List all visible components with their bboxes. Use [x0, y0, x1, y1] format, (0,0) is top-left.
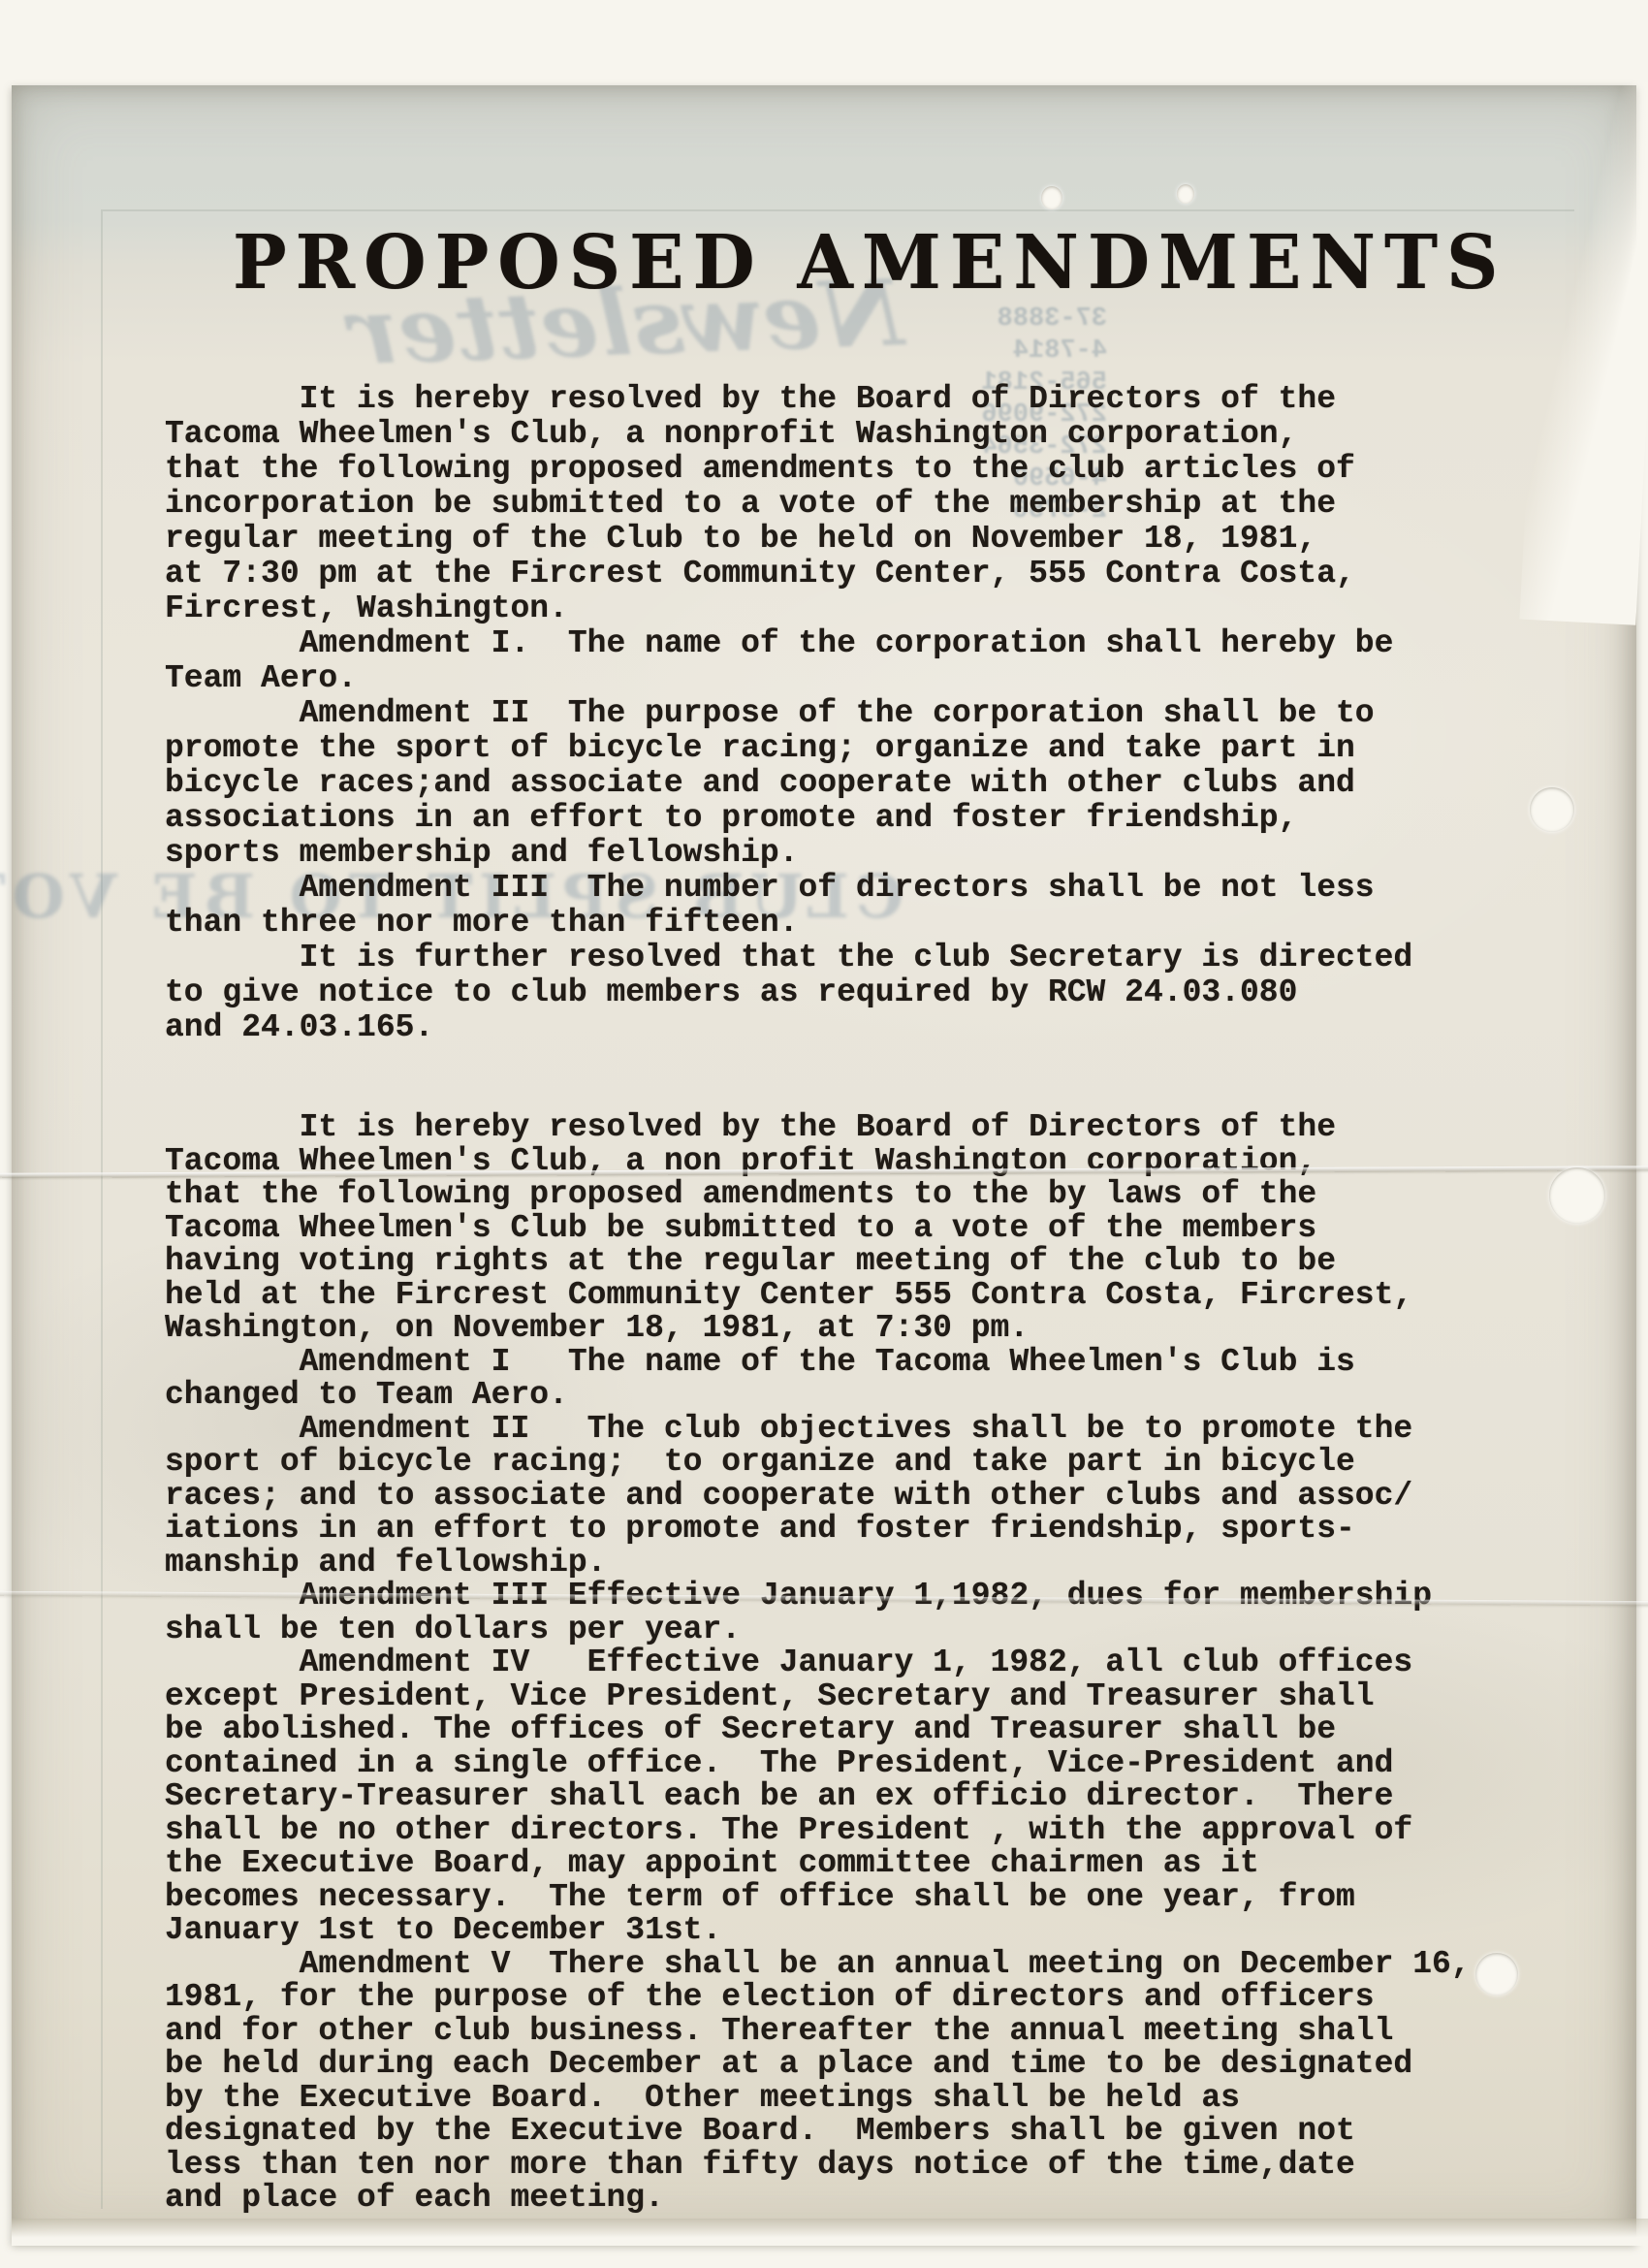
scanned-document: Newsletter 37-38884-7814565-2181272-9096… [0, 0, 1648, 2268]
page-bottom-edge [12, 2219, 1648, 2246]
bleedthrough-border-vertical [101, 211, 103, 2209]
punch-hole-lower [1475, 1953, 1518, 1996]
punch-hole-middle [1549, 1167, 1605, 1224]
page-corner-fold [1519, 77, 1648, 625]
resolution-bylaws: It is hereby resolved by the Board of Di… [165, 1111, 1522, 2216]
staple-hole-top-right [1177, 184, 1194, 204]
resolution-articles-of-incorporation: It is hereby resolved by the Board of Di… [165, 382, 1522, 1045]
page-title: PROPOSED AMENDMENTS [233, 219, 1507, 305]
document-page: Newsletter 37-38884-7814565-2181272-9096… [12, 85, 1636, 2244]
bleedthrough-border-horizontal [101, 209, 1574, 211]
staple-hole-top-left [1041, 186, 1062, 209]
punch-hole-upper [1530, 787, 1574, 832]
